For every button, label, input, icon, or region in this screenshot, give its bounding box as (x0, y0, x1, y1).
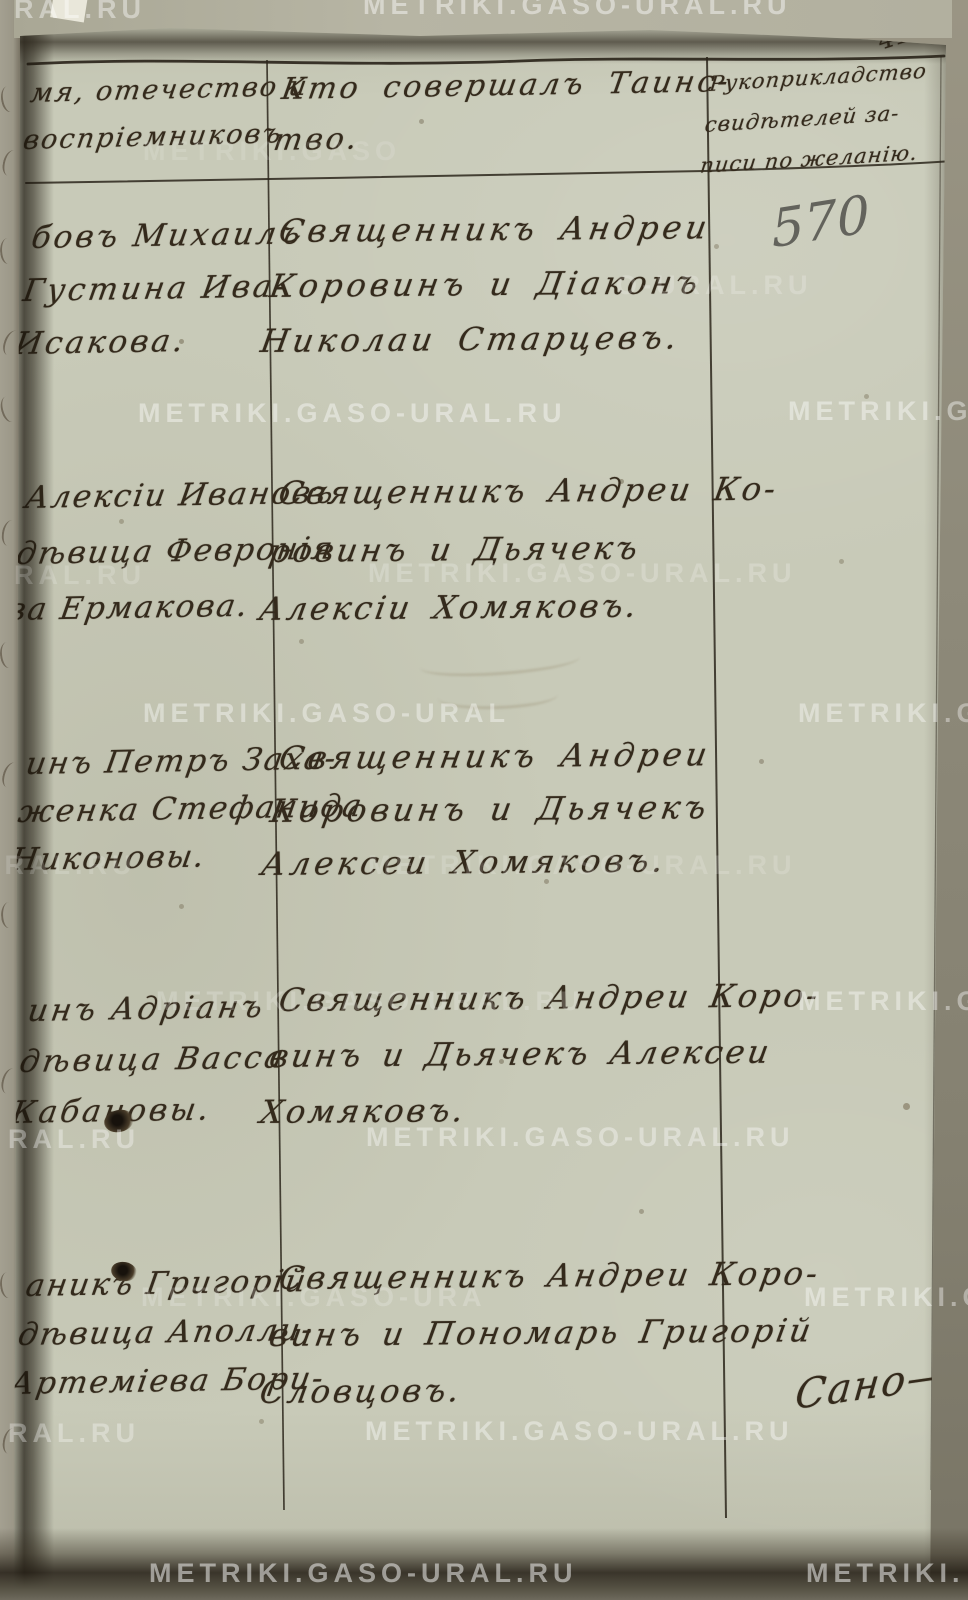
cell-performer-row3: Священникъ АндреиКоровинъ и ДьячекъАлекс… (257, 728, 723, 891)
register-page: мя, отечество ивоспріемниковъ Кто соверш… (0, 0, 968, 1600)
cell-performer-row1: Священникъ АндреиКоровинъ и ДіаконъНикол… (256, 200, 715, 369)
scanned-register-page: мя, отечество ивоспріемниковъ Кто соверш… (0, 0, 968, 1600)
marginal-scribble (0, 901, 18, 929)
cell-performer-row2: Священникъ Андреи Ко-ровинъ и ДьячекъАле… (255, 460, 783, 638)
header-cell-godparents: мя, отечество ивоспріемниковъ (20, 63, 312, 164)
header-cell-performer: Кто совершалъ Таинс-тво. (270, 56, 735, 166)
cell-performer-row5: Священникъ Андреи Коро-винъ и Пономарь Г… (255, 1245, 827, 1421)
cell-performer-row4: Священникъ Андреи Коро-винъ и Дьячекъ Ал… (256, 967, 825, 1140)
header-cell-witnesses: Рукоприкладствосвидѣтелей за-писи по жел… (698, 51, 930, 187)
page-bottom-edge-shadow (0, 1528, 968, 1600)
